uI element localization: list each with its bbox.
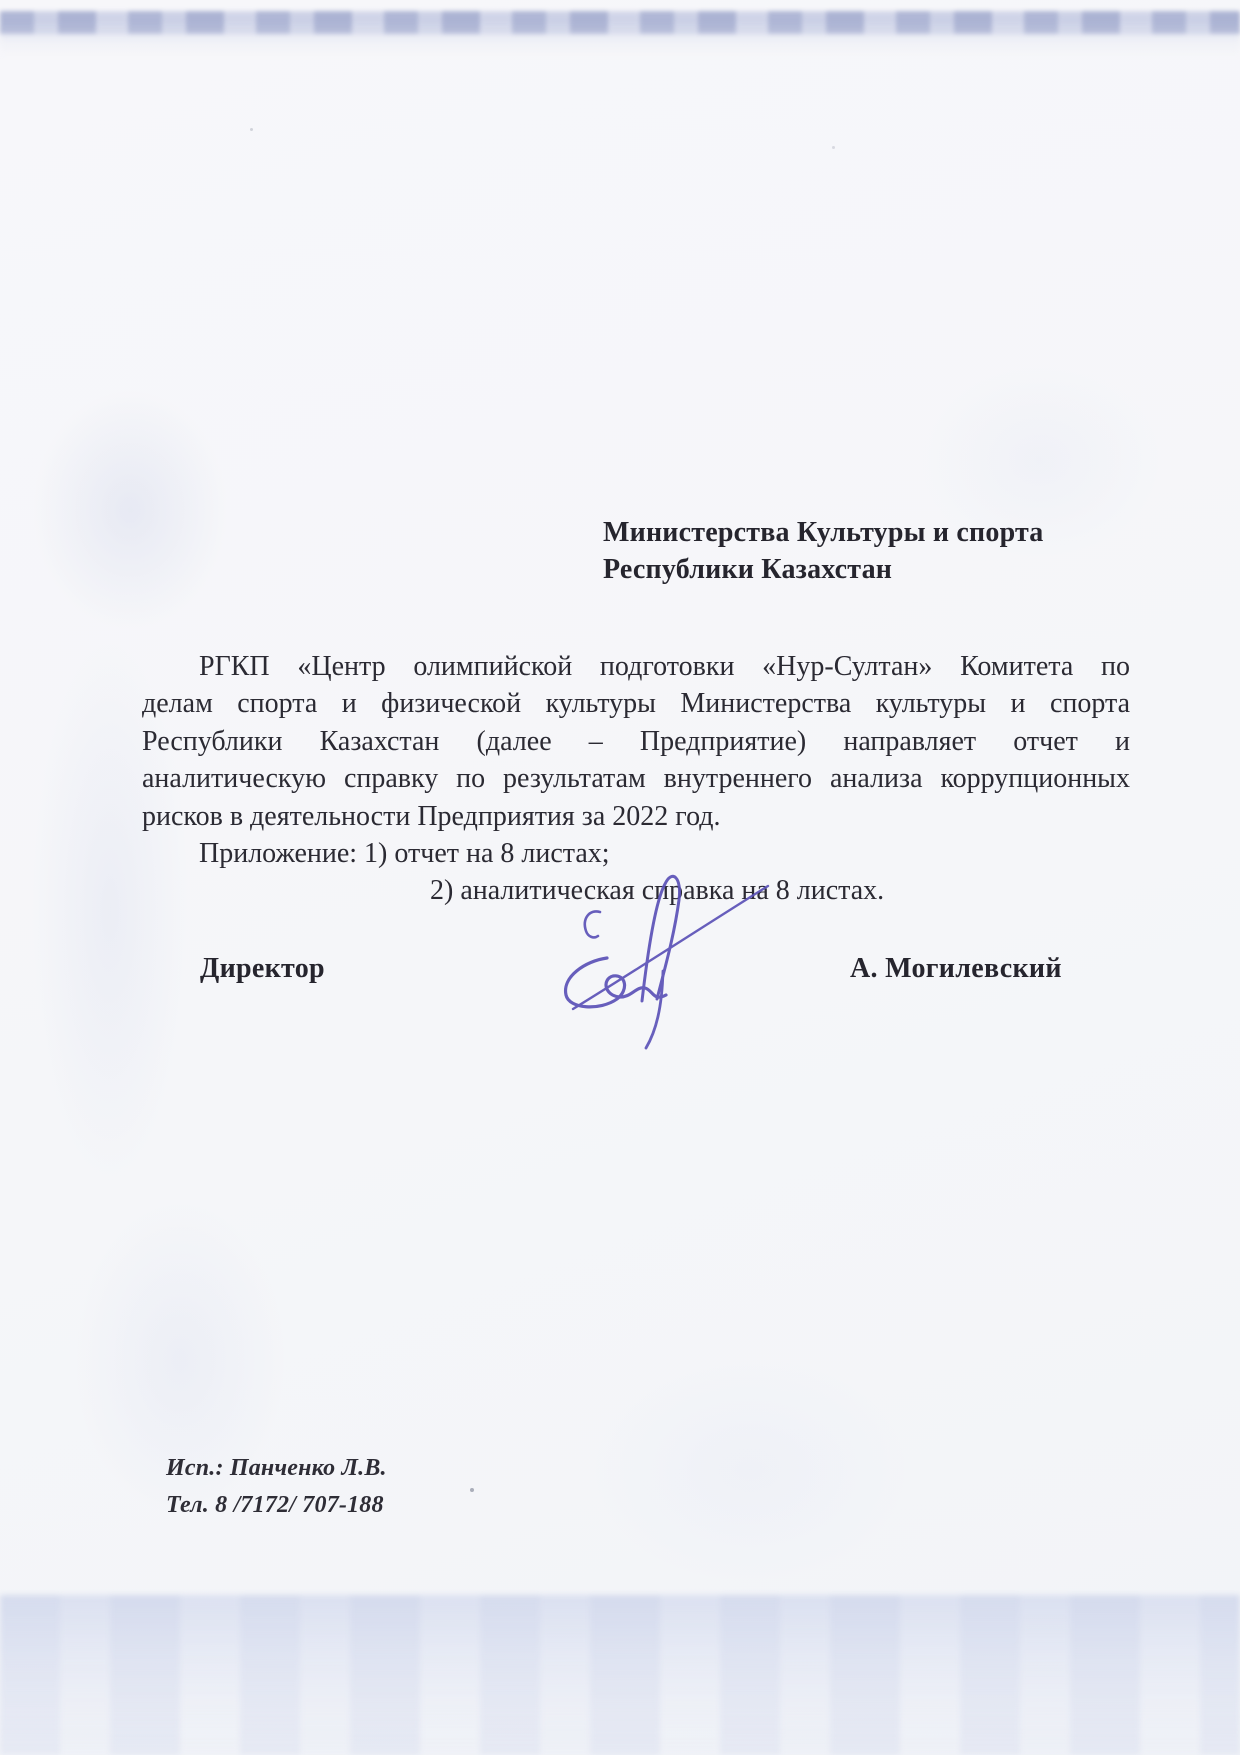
paragraph-line: делам спорта и физической культуры Минис… (142, 685, 1130, 722)
scan-artifact-speck (832, 146, 835, 149)
scan-artifact-blotch (0, 350, 260, 670)
signatory-name: А. Могилевский (850, 953, 1062, 985)
paragraph-line: Республики Казахстан (далее – Предприяти… (142, 723, 1130, 760)
scanned-letter-page: Министерства Культуры и спорта Республик… (0, 0, 1240, 1755)
scan-artifact-speck (470, 1488, 474, 1492)
addressee-line-2: Республики Казахстан (603, 551, 1053, 588)
paragraph-line: РГКП «Центр олимпийской подготовки «Нур-… (142, 648, 1130, 685)
scan-artifact-blotch (540, 1320, 960, 1620)
scan-artifact-top-band-fade (0, 30, 1240, 56)
paragraph-line: рисков в деятельности Предприятия за 202… (142, 798, 1130, 835)
paragraph-line: аналитическую справку по результатам вну… (142, 760, 1130, 797)
executor-line: Исп.: Панченко Л.В. (166, 1450, 387, 1487)
executor-phone-line: Тел. 8 /7172/ 707-188 (166, 1487, 387, 1524)
handwritten-signature (545, 858, 785, 1058)
scan-artifact-speck (250, 128, 253, 131)
addressee-block: Министерства Культуры и спорта Республик… (603, 514, 1053, 588)
executor-block: Исп.: Панченко Л.В. Тел. 8 /7172/ 707-18… (166, 1450, 387, 1524)
signatory-title: Директор (200, 953, 325, 985)
addressee-line-1: Министерства Культуры и спорта (603, 514, 1053, 551)
scan-artifact-bottom-band (0, 1595, 1240, 1755)
